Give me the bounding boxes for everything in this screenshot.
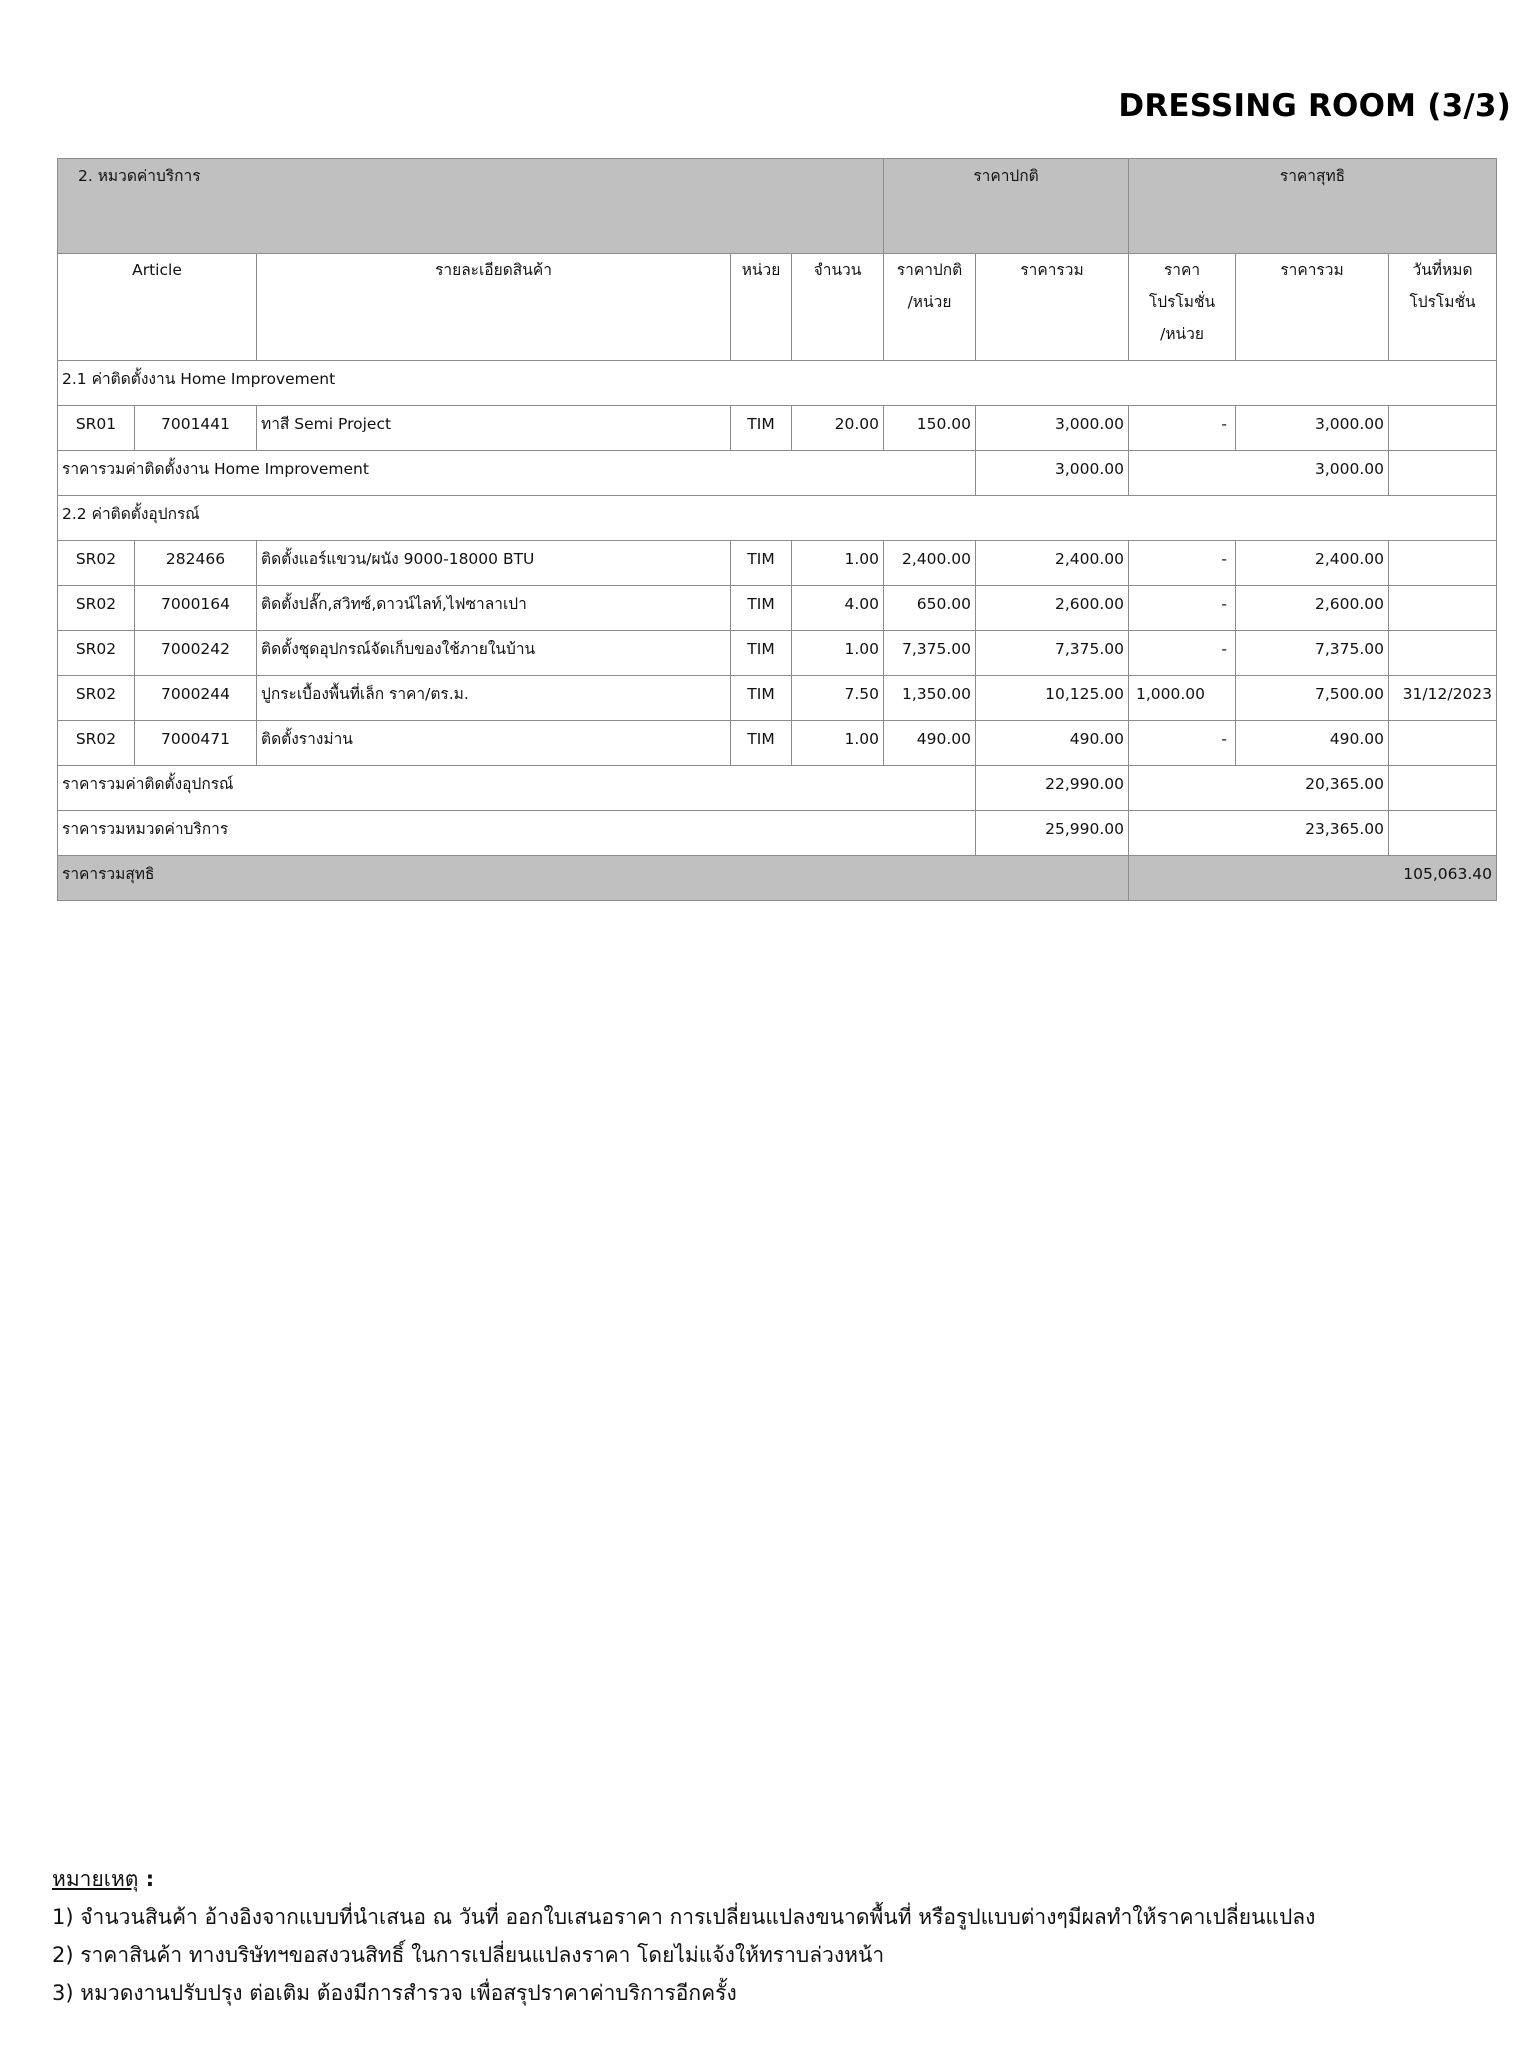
- unit: TIM: [731, 721, 792, 766]
- item-description: ทาสี Semi Project: [257, 406, 731, 451]
- article-number: 7001441: [135, 406, 257, 451]
- net-total: 7,375.00: [1236, 631, 1389, 676]
- unit-price: 490.00: [884, 721, 976, 766]
- net-total: 2,400.00: [1236, 541, 1389, 586]
- unit: TIM: [731, 406, 792, 451]
- unit-price: 1,350.00: [884, 676, 976, 721]
- notes: หมายเหตุ : 1) จำนวนสินค้า อ้างอิงจากแบบท…: [52, 1860, 1315, 2012]
- page-title: DRESSING ROOM (3/3): [1118, 88, 1511, 124]
- regular-total: 3,000.00: [976, 406, 1129, 451]
- promo-price: -: [1129, 631, 1236, 676]
- table-row: SR027000164ติดตั้งปลั๊ก,สวิทซ์,ดาวน์ไลท์…: [58, 586, 1497, 631]
- promo-price: -: [1129, 406, 1236, 451]
- item-description: ติดตั้งรางม่าน: [257, 721, 731, 766]
- quantity: 1.00: [792, 541, 884, 586]
- item-code: SR02: [58, 721, 135, 766]
- unit: TIM: [731, 631, 792, 676]
- table-row: SR027000244ปูกระเบื้องพื้นที่เล็ก ราคา/ต…: [58, 676, 1497, 721]
- grand-total-value: 105,063.40: [1129, 856, 1497, 901]
- subtotal-net: 3,000.00: [1129, 451, 1389, 496]
- unit: TIM: [731, 541, 792, 586]
- category-total-label: ราคารวมหมวดค่าบริการ: [58, 811, 976, 856]
- net-total: 7,500.00: [1236, 676, 1389, 721]
- net-total: 2,600.00: [1236, 586, 1389, 631]
- group-header-regular-price: ราคาปกติ: [884, 159, 1129, 254]
- promo-end-date: 31/12/2023: [1389, 676, 1497, 721]
- table-row: SR017001441ทาสี Semi ProjectTIM20.00150.…: [58, 406, 1497, 451]
- promo-end-date: [1389, 406, 1497, 451]
- regular-total: 10,125.00: [976, 676, 1129, 721]
- item-description: ปูกระเบื้องพื้นที่เล็ก ราคา/ตร.ม.: [257, 676, 731, 721]
- unit-price: 7,375.00: [884, 631, 976, 676]
- quotation-table: 2. หมวดค่าบริการ ราคาปกติ ราคาสุทธิ Arti…: [57, 158, 1497, 901]
- promo-price: 1,000.00: [1129, 676, 1236, 721]
- item-code: SR02: [58, 541, 135, 586]
- promo-price: -: [1129, 586, 1236, 631]
- promo-price: -: [1129, 541, 1236, 586]
- column-header-promo-price: ราคาโปรโมชั่น/หน่วย: [1129, 254, 1236, 361]
- item-description: ติดตั้งปลั๊ก,สวิทซ์,ดาวน์ไลท์,ไฟซาลาเปา: [257, 586, 731, 631]
- promo-end-date: [1389, 586, 1497, 631]
- net-total: 490.00: [1236, 721, 1389, 766]
- item-code: SR02: [58, 631, 135, 676]
- regular-total: 2,400.00: [976, 541, 1129, 586]
- notes-heading: หมายเหตุ: [52, 1867, 138, 1891]
- quantity: 1.00: [792, 631, 884, 676]
- article-number: 282466: [135, 541, 257, 586]
- section-title: 2.2 ค่าติดตั้งอุปกรณ์: [58, 496, 1497, 541]
- section-title: 2.1 ค่าติดตั้งงาน Home Improvement: [58, 361, 1497, 406]
- item-code: SR01: [58, 406, 135, 451]
- column-header-description: รายละเอียดสินค้า: [257, 254, 731, 361]
- quantity: 4.00: [792, 586, 884, 631]
- column-header-unit-price: ราคาปกติ/หน่วย: [884, 254, 976, 361]
- quantity: 7.50: [792, 676, 884, 721]
- unit-price: 650.00: [884, 586, 976, 631]
- item-code: SR02: [58, 586, 135, 631]
- grand-total-label: ราคารวมสุทธิ: [58, 856, 1129, 901]
- unit: TIM: [731, 676, 792, 721]
- item-code: SR02: [58, 676, 135, 721]
- note-item: 2) ราคาสินค้า ทางบริษัทฯขอสงวนสิทธิ์ ในก…: [52, 1936, 1315, 1974]
- column-header-unit: หน่วย: [731, 254, 792, 361]
- promo-end-date: [1389, 541, 1497, 586]
- note-item: 1) จำนวนสินค้า อ้างอิงจากแบบที่นำเสนอ ณ …: [52, 1898, 1315, 1936]
- article-number: 7000164: [135, 586, 257, 631]
- group-header-net-price: ราคาสุทธิ: [1129, 159, 1497, 254]
- subtotal-label: ราคารวมค่าติดตั้งอุปกรณ์: [58, 766, 976, 811]
- category-total-net: 23,365.00: [1129, 811, 1389, 856]
- promo-end-date: [1389, 721, 1497, 766]
- table-row: SR02282466ติดตั้งแอร์แขวน/ผนัง 9000-1800…: [58, 541, 1497, 586]
- quantity: 20.00: [792, 406, 884, 451]
- net-total: 3,000.00: [1236, 406, 1389, 451]
- subtotal-regular: 3,000.00: [976, 451, 1129, 496]
- unit-price: 2,400.00: [884, 541, 976, 586]
- unit: TIM: [731, 586, 792, 631]
- promo-price: -: [1129, 721, 1236, 766]
- promo-end-date: [1389, 631, 1497, 676]
- regular-total: 490.00: [976, 721, 1129, 766]
- subtotal-label: ราคารวมค่าติดตั้งงาน Home Improvement: [58, 451, 976, 496]
- subtotal-net: 20,365.00: [1129, 766, 1389, 811]
- article-number: 7000244: [135, 676, 257, 721]
- article-number: 7000471: [135, 721, 257, 766]
- column-header-net-total: ราคารวม: [1236, 254, 1389, 361]
- unit-price: 150.00: [884, 406, 976, 451]
- regular-total: 7,375.00: [976, 631, 1129, 676]
- category-total-regular: 25,990.00: [976, 811, 1129, 856]
- regular-total: 2,600.00: [976, 586, 1129, 631]
- column-header-quantity: จำนวน: [792, 254, 884, 361]
- item-description: ติดตั้งชุดอุปกรณ์จัดเก็บของใช้ภายในบ้าน: [257, 631, 731, 676]
- column-header-regular-total: ราคารวม: [976, 254, 1129, 361]
- column-header-promo-end: วันที่หมดโปรโมชั่น: [1389, 254, 1497, 361]
- category-title: 2. หมวดค่าบริการ: [58, 159, 884, 254]
- table-row: SR027000242ติดตั้งชุดอุปกรณ์จัดเก็บของใช…: [58, 631, 1497, 676]
- quantity: 1.00: [792, 721, 884, 766]
- subtotal-regular: 22,990.00: [976, 766, 1129, 811]
- item-description: ติดตั้งแอร์แขวน/ผนัง 9000-18000 BTU: [257, 541, 731, 586]
- table-row: SR027000471ติดตั้งรางม่านTIM1.00490.0049…: [58, 721, 1497, 766]
- column-header-article: Article: [58, 254, 257, 361]
- article-number: 7000242: [135, 631, 257, 676]
- note-item: 3) หมวดงานปรับปรุง ต่อเติม ต้องมีการสำรว…: [52, 1974, 1315, 2012]
